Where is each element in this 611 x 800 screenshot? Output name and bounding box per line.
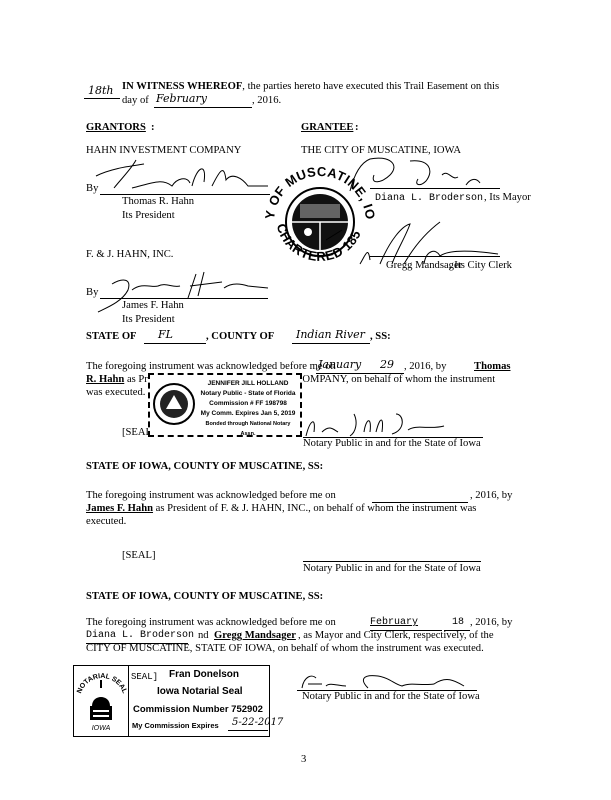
fl-stamp-name: JENNIFER JILL HOLLAND: [198, 379, 298, 389]
iowa2-date-day: 18: [452, 617, 464, 628]
page-number: 3: [301, 754, 306, 765]
fl-date-day: 29: [380, 358, 394, 371]
iowa-expires-handwritten: 5-22-2017: [232, 717, 283, 728]
witness-day-handwritten: 18th: [88, 84, 114, 97]
grantors-heading: GRANTORS: [86, 122, 146, 133]
witness-month-handwritten: February: [156, 92, 207, 105]
signature-line-2: [100, 298, 268, 299]
grantor-company-2: F. & J. HAHN, INC.: [86, 249, 173, 260]
grantee-heading: GRANTEE: [301, 122, 353, 133]
fl-county-value: Indian River: [296, 328, 365, 341]
fl-date-month: January: [318, 358, 361, 371]
witness-rest: , the parties hereto have executed this …: [242, 81, 499, 92]
signature-thomas-hahn: [92, 158, 272, 196]
iowa1-line3: executed.: [86, 516, 126, 527]
svg-text:IOWA: IOWA: [92, 725, 111, 732]
signature-line-1: [100, 194, 270, 195]
iowa1-seal-label: [SEAL]: [122, 550, 156, 561]
capitol-dome-icon: NOTARIAL SEAL IOWA: [74, 666, 129, 736]
iowa2-date-month: February: [370, 617, 418, 628]
signature-iowa-notary: [298, 672, 468, 692]
fl-ack-line3: was executed.: [86, 387, 145, 398]
florida-notary-emblem-icon: [152, 379, 196, 429]
iowa2-notary-caption: Notary Public in and for the State of Io…: [302, 691, 480, 702]
fl-county-label: , COUNTY OF: [206, 331, 274, 342]
witness-year: , 2016.: [252, 95, 281, 106]
iowa1-heading: STATE OF IOWA, COUNTY OF MUSCATINE, SS:: [86, 461, 323, 472]
witness-text: IN WITNESS WHEREOF, the parties hereto h…: [122, 81, 499, 92]
svg-text:NOTARIAL SEAL: NOTARIAL SEAL: [76, 673, 128, 695]
city-of-muscatine-seal: CITY OF MUSCATINE, IOWA CHARTERED 1851: [260, 160, 380, 280]
witness-in-witness: IN WITNESS WHEREOF: [122, 81, 242, 92]
fl-state-value: FL: [158, 328, 173, 341]
signer-2-title: Its President: [122, 314, 175, 325]
iowa2-text-c: , as Mayor and City Clerk, respectively,…: [298, 630, 494, 641]
fl-stamp-line4: My Comm. Expires Jan 5, 2019: [198, 409, 298, 419]
iowa2-heading: STATE OF IOWA, COUNTY OF MUSCATINE, SS:: [86, 591, 323, 602]
iowa1-notary-line: [303, 561, 481, 562]
grantors-colon: :: [151, 122, 155, 133]
iowa-stamp-line4: My Commission Expires: [132, 721, 219, 730]
fl-person: Thomas: [474, 361, 511, 372]
fl-state-line: [144, 343, 206, 344]
fl-person-cont: R. Hahn: [86, 374, 124, 385]
fl-stamp-line3: Commission # FF 198798: [198, 399, 298, 409]
grantee-colon: :: [355, 122, 359, 133]
iowa1-text-a: The foregoing instrument was acknowledge…: [86, 490, 336, 501]
fl-notary-caption: Notary Public in and for the State of Io…: [303, 438, 481, 449]
florida-notary-stamp: JENNIFER JILL HOLLAND Notary Public - St…: [148, 373, 302, 437]
signer-1-name: Thomas R. Hahn: [122, 196, 194, 207]
witness-day-line: [84, 98, 120, 99]
iowa-expires-line: [228, 730, 268, 731]
iowa2-and: nd: [198, 630, 209, 641]
fl-ss: , SS:: [370, 331, 391, 342]
fl-state-label: STATE OF: [86, 331, 137, 342]
iowa1-text-c1: as President of F. & J. HAHN, INC., on b…: [156, 503, 477, 514]
iowa1-text-b: , 2016, by: [470, 490, 512, 501]
iowa-stamp-line2: Iowa Notarial Seal: [157, 686, 243, 697]
signer-2-name: James F. Hahn: [122, 300, 184, 311]
iowa-notarial-emblem: NOTARIAL SEAL IOWA: [73, 665, 130, 737]
iowa2-text-b: , 2016, by: [470, 617, 512, 628]
iowa2-text-d: CITY OF MUSCATINE, STATE OF IOWA, on beh…: [86, 643, 484, 654]
iowa-stamp-name: Fran Donelson: [169, 669, 239, 680]
fl-ack-text-a: The foregoing instrument was acknowledge…: [86, 361, 336, 372]
fl-stamp-line5: Bonded through National Notary Assn.: [198, 419, 298, 439]
fl-county-line: [292, 343, 370, 344]
iowa-stamp-seal-label: SEAL]: [131, 672, 158, 682]
iowa1-notary-caption: Notary Public in and for the State of Io…: [303, 563, 481, 574]
witness-day-of: day of: [122, 95, 149, 106]
signature-florida-notary: [300, 410, 460, 440]
witness-month-line: [154, 107, 252, 108]
iowa1-line2: James F. Hahn as President of F. & J. HA…: [86, 503, 528, 514]
fl-ack-text-b: , 2016, by: [404, 361, 446, 372]
signer-1-title: Its President: [122, 210, 175, 221]
grantor-company-1: HAHN INVESTMENT COMPANY: [86, 145, 241, 156]
iowa-stamp-line3: Commission Number 752902: [133, 704, 263, 715]
iowa2-person1: Diana L. Broderson: [86, 630, 194, 641]
iowa1-person: James F. Hahn: [86, 503, 153, 514]
iowa2-text-a: The foregoing instrument was acknowledge…: [86, 617, 336, 628]
iowa2-person2: Gregg Mandsager: [214, 630, 296, 641]
fl-stamp-line2: Notary Public - State of Florida: [198, 389, 298, 399]
